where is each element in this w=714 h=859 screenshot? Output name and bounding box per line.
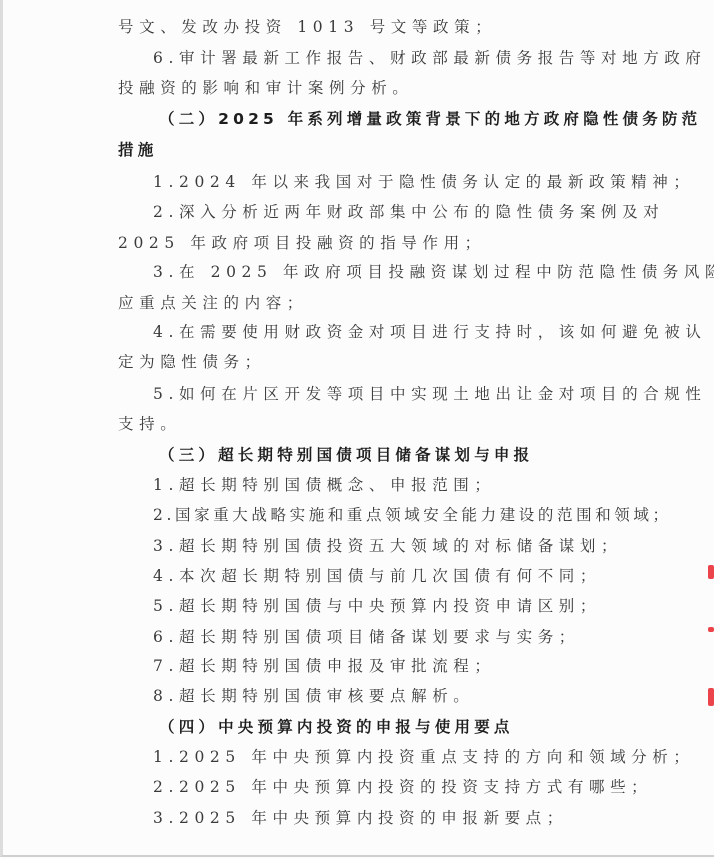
section-heading-2: （二）2025 年系列增量政策背景下的地方政府隐性债务防范 xyxy=(159,109,661,129)
text-line: 3.2025 年中央预算内投资的申报新要点； xyxy=(153,808,620,828)
text-line: 2025 年政府项目投融资的指导作用； xyxy=(118,233,620,253)
red-stamp-edge-mark xyxy=(708,688,714,706)
red-stamp-edge-mark xyxy=(708,565,714,579)
text-line: 8.超长期特别国债审核要点解析。 xyxy=(153,686,620,706)
text-line: 6.审计署最新工作报告、财政部最新债务报告等对地方政府 xyxy=(153,48,620,68)
text-line: 投融资的影响和审计案例分析。 xyxy=(118,78,620,98)
text-line: 4.本次超长期特别国债与前几次国债有何不同； xyxy=(153,566,620,586)
section-heading-3: （三）超长期特别国债项目储备谋划与申报 xyxy=(159,445,661,465)
document-page: 号文、发改办投资 1013 号文等政策； 6.审计署最新工作报告、财政部最新债务… xyxy=(0,0,714,857)
text-line: 号文、发改办投资 1013 号文等政策； xyxy=(118,17,620,37)
text-line: 支持。 xyxy=(118,414,620,434)
text-line: 2.深入分析近两年财政部集中公布的隐性债务案例及对 xyxy=(153,202,620,222)
text-line: 2.国家重大战略实施和重点领域安全能力建设的范围和领域； xyxy=(153,505,620,525)
text-line: 6.超长期特别国债项目储备谋划要求与实务； xyxy=(153,627,620,647)
text-line: 应重点关注的内容； xyxy=(118,293,620,313)
text-line: 1.超长期特别国债概念、申报范围； xyxy=(153,475,620,495)
text-line: 1.2025 年中央预算内投资重点支持的方向和领域分析； xyxy=(153,747,620,767)
text-line: 7.超长期特别国债申报及审批流程； xyxy=(153,656,620,676)
text-line: 5.超长期特别国债与中央预算内投资申请区别； xyxy=(153,596,620,616)
text-line: 2.2025 年中央预算内投资的投资支持方式有哪些； xyxy=(153,777,620,797)
text-line: 4.在需要使用财政资金对项目进行支持时，该如何避免被认 xyxy=(153,322,620,342)
text-line: 3.在 2025 年政府项目投融资谋划过程中防范隐性债务风险 xyxy=(153,262,620,282)
text-line: 定为隐性债务； xyxy=(118,352,620,372)
text-line: 5.如何在片区开发等项目中实现土地出让金对项目的合规性 xyxy=(153,384,620,404)
text-line: 3.超长期特别国债投资五大领域的对标储备谋划； xyxy=(153,536,620,556)
text-line: 1.2024 年以来我国对于隐性债务认定的最新政策精神； xyxy=(153,172,620,192)
red-stamp-edge-mark xyxy=(708,627,714,632)
section-heading-4: （四）中央预算内投资的申报与使用要点 xyxy=(159,717,661,737)
section-heading-2-cont: 措施 xyxy=(118,140,620,160)
